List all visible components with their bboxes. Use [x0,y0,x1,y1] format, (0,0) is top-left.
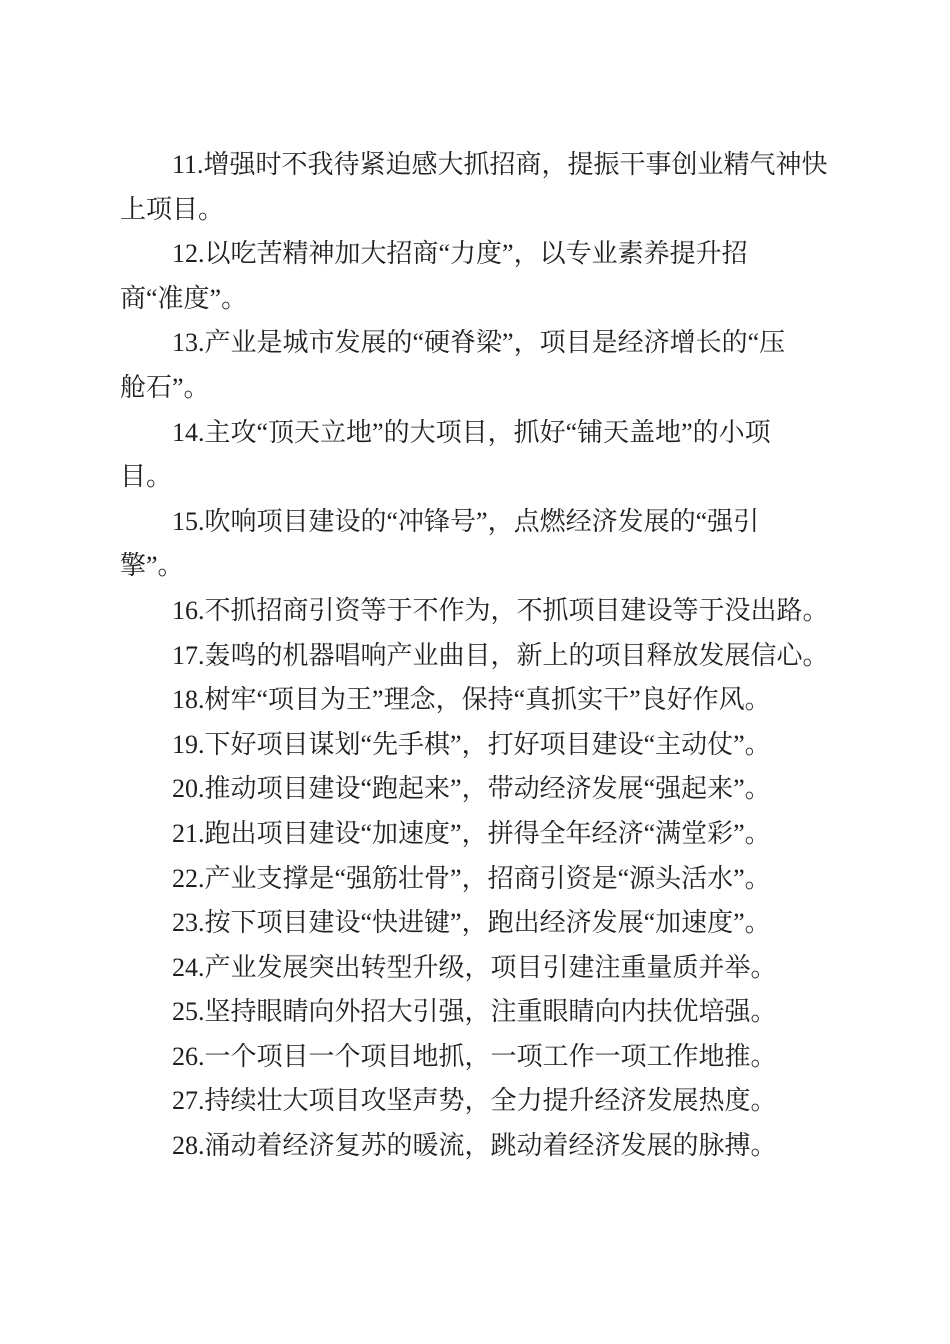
list-item-12: 12.以吃苦精神加大招商“力度”，以专业素养提升招商“准度”。 [120,232,832,321]
text-line: 17.轰鸣的机器唱响产业曲目，新上的项目释放发展信心。 [120,634,832,679]
list-item-22: 22.产业支撑是“强筋壮骨”，招商引资是“源头活水”。 [120,857,832,902]
text-line: 上项目。 [120,188,832,233]
text-line: 24.产业发展突出转型升级，项目引建注重量质并举。 [120,946,832,991]
list-item-27: 27.持续壮大项目攻坚声势，全力提升经济发展热度。 [120,1079,832,1124]
list-item-23: 23.按下项目建设“快进键”，跑出经济发展“加速度”。 [120,901,832,946]
list-item-15: 15.吹响项目建设的“冲锋号”，点燃经济发展的“强引擎”。 [120,500,832,589]
list-item-25: 25.坚持眼睛向外招大引强，注重眼睛向内扶优培强。 [120,990,832,1035]
list-item-16: 16.不抓招商引资等于不作为，不抓项目建设等于没出路。 [120,589,832,634]
list-item-18: 18.树牢“项目为王”理念，保持“真抓实干”良好作风。 [120,678,832,723]
text-line: 目。 [120,455,832,500]
list-item-24: 24.产业发展突出转型升级，项目引建注重量质并举。 [120,946,832,991]
text-line: 12.以吃苦精神加大招商“力度”，以专业素养提升招 [120,232,832,277]
text-line: 18.树牢“项目为王”理念，保持“真抓实干”良好作风。 [120,678,832,723]
text-line: 商“准度”。 [120,277,832,322]
list-item-14: 14.主攻“顶天立地”的大项目，抓好“铺天盖地”的小项目。 [120,411,832,500]
text-line: 20.推动项目建设“跑起来”，带动经济发展“强起来”。 [120,767,832,812]
text-line: 16.不抓招商引资等于不作为，不抓项目建设等于没出路。 [120,589,832,634]
document-page: 11.增强时不我待紧迫感大抓招商，提振干事创业精气神快上项目。12.以吃苦精神加… [0,0,950,1344]
list-item-21: 21.跑出项目建设“加速度”，拼得全年经济“满堂彩”。 [120,812,832,857]
text-line: 19.下好项目谋划“先手棋”，打好项目建设“主动仗”。 [120,723,832,768]
text-line: 23.按下项目建设“快进键”，跑出经济发展“加速度”。 [120,901,832,946]
text-line: 14.主攻“顶天立地”的大项目，抓好“铺天盖地”的小项 [120,411,832,456]
text-line: 舱石”。 [120,366,832,411]
text-line: 21.跑出项目建设“加速度”，拼得全年经济“满堂彩”。 [120,812,832,857]
list-item-19: 19.下好项目谋划“先手棋”，打好项目建设“主动仗”。 [120,723,832,768]
text-line: 11.增强时不我待紧迫感大抓招商，提振干事创业精气神快 [120,143,832,188]
text-line: 22.产业支撑是“强筋壮骨”，招商引资是“源头活水”。 [120,857,832,902]
text-line: 13.产业是城市发展的“硬脊梁”，项目是经济增长的“压 [120,321,832,366]
list-item-26: 26.一个项目一个项目地抓，一项工作一项工作地推。 [120,1035,832,1080]
text-line: 15.吹响项目建设的“冲锋号”，点燃经济发展的“强引 [120,500,832,545]
document-body: 11.增强时不我待紧迫感大抓招商，提振干事创业精气神快上项目。12.以吃苦精神加… [120,143,832,1169]
list-item-13: 13.产业是城市发展的“硬脊梁”，项目是经济增长的“压舱石”。 [120,321,832,410]
list-item-28: 28.涌动着经济复苏的暖流，跳动着经济发展的脉搏。 [120,1124,832,1169]
list-item-20: 20.推动项目建设“跑起来”，带动经济发展“强起来”。 [120,767,832,812]
text-line: 26.一个项目一个项目地抓，一项工作一项工作地推。 [120,1035,832,1080]
text-line: 28.涌动着经济复苏的暖流，跳动着经济发展的脉搏。 [120,1124,832,1169]
list-item-11: 11.增强时不我待紧迫感大抓招商，提振干事创业精气神快上项目。 [120,143,832,232]
text-line: 擎”。 [120,544,832,589]
list-item-17: 17.轰鸣的机器唱响产业曲目，新上的项目释放发展信心。 [120,634,832,679]
text-line: 25.坚持眼睛向外招大引强，注重眼睛向内扶优培强。 [120,990,832,1035]
text-line: 27.持续壮大项目攻坚声势，全力提升经济发展热度。 [120,1079,832,1124]
